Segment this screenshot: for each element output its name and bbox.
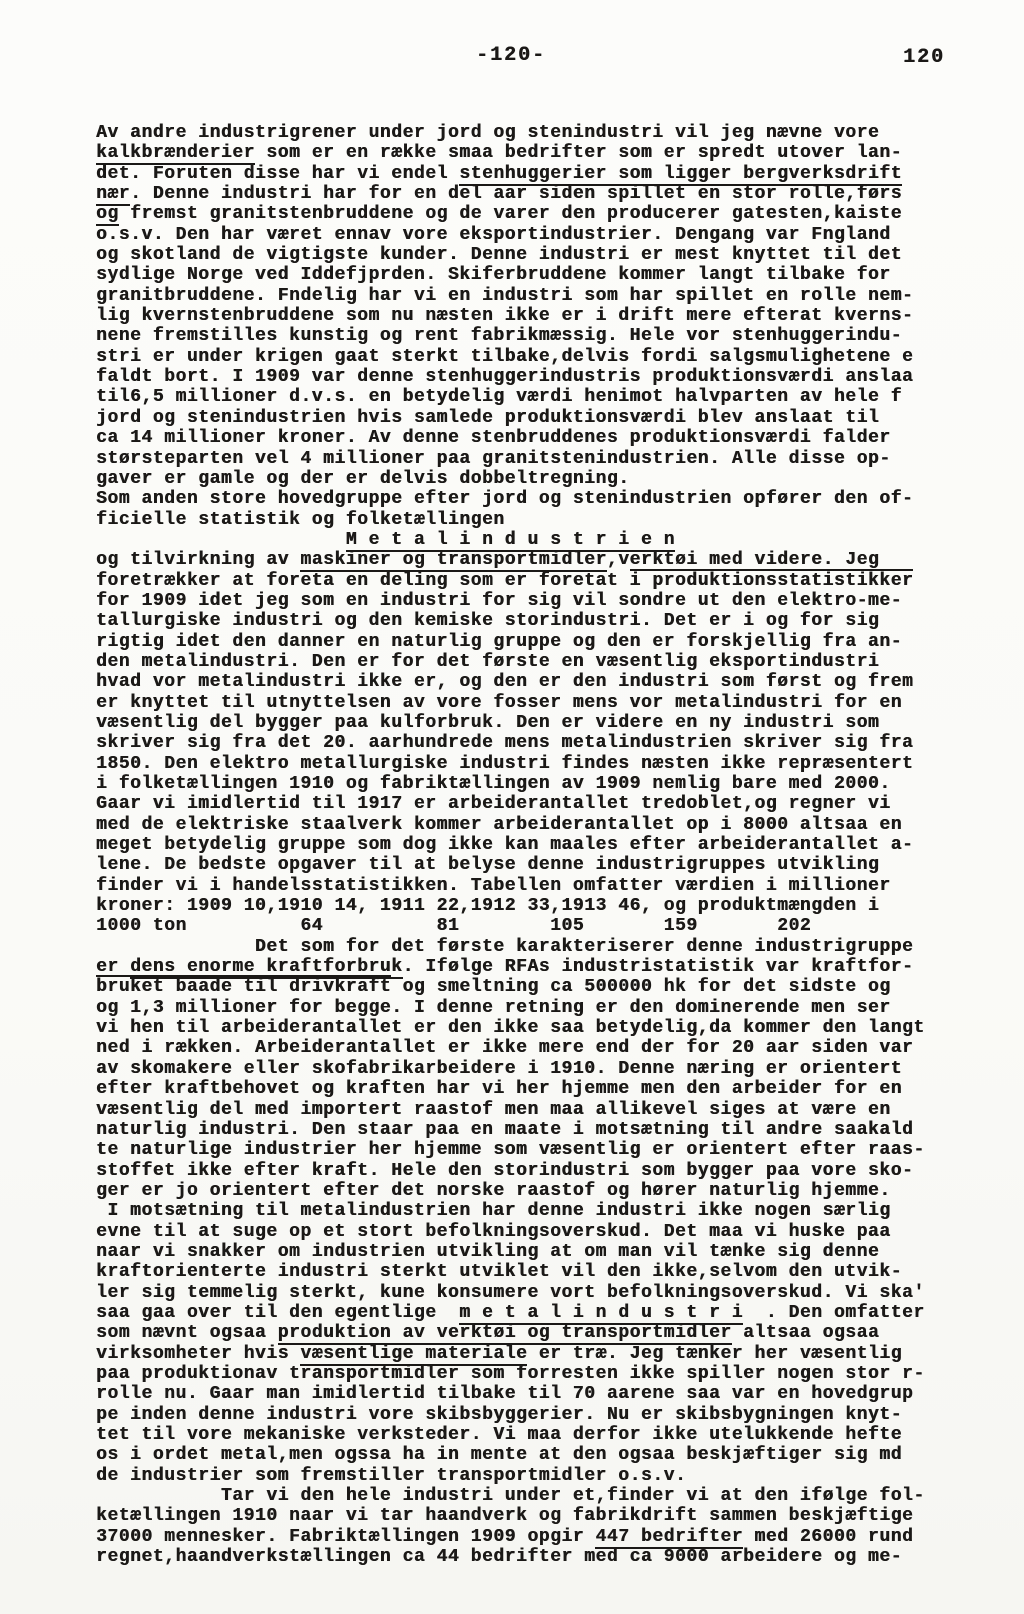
underlined-phrase: 447 bedrifter: [595, 1527, 743, 1549]
text-line: størsteparten vel 4 millioner paa granit…: [96, 449, 1006, 469]
text-line: og skotland de vigtigste kunder. Denne i…: [96, 245, 1006, 265]
page-number-center: -120-: [476, 44, 546, 67]
text-line: ketællingen 1910 naar vi tar haandverk o…: [96, 1506, 1006, 1526]
underlined-phrase: produktion av verktøi og transportmidler: [278, 1323, 732, 1345]
underlined-phrase: M e t a l i n d u s t r i e n: [346, 530, 675, 552]
text-line: stoffet ikke efter kraft. Hele den stori…: [96, 1161, 1006, 1181]
text-line: det. Foruten disse har vi endel stenhugg…: [96, 164, 1006, 184]
text-line: 37000 mennesker. Fabriktællingen 1909 op…: [96, 1527, 1006, 1547]
text-line: Av andre industrigrener under jord og st…: [96, 123, 1006, 143]
underlined-phrase: maskiner og transportmidler: [300, 550, 607, 572]
text-line: er knyttet til utnyttelsen av vore fosse…: [96, 693, 1006, 713]
text-line: tet til vore mekaniske verksteder. Vi ma…: [96, 1425, 1006, 1445]
text-line: lig kvernstenbruddene som nu næsten ikke…: [96, 306, 1006, 326]
underlined-phrase: væsentlige materiale: [300, 1344, 527, 1366]
text-line: for 1909 idet jeg som en industri for si…: [96, 591, 1006, 611]
text-line: foretrækker at foreta en deling som er f…: [96, 571, 1006, 591]
text-line: ca 14 millioner kroner. Av denne stenbru…: [96, 428, 1006, 448]
text-line: ler sig temmelig sterkt, kune konsumere …: [96, 1283, 1006, 1303]
underlined-phrase: nær: [96, 184, 130, 206]
underlined-phrase: og: [96, 204, 119, 226]
text-line: I motsætning til metalindustrien har den…: [96, 1201, 1006, 1221]
text-line: paa produktionav transportmidler som for…: [96, 1364, 1006, 1384]
text-line: 1000 ton 64 81 105 159 202: [96, 916, 1006, 936]
text-line: Som anden store hovedgruppe efter jord o…: [96, 489, 1006, 509]
document-page: -120- 120 Av andre industrigrener under …: [0, 0, 1024, 1614]
text-line: finder vi i handelsstatistikken. Tabelle…: [96, 876, 1006, 896]
text-line: den metalindustri. Den er for det første…: [96, 652, 1006, 672]
text-line: kroner: 1909 10,1910 14, 1911 22,1912 33…: [96, 896, 1006, 916]
text-line: Gaar vi imidlertid til 1917 er arbeidera…: [96, 794, 1006, 814]
text-line: ficielle statistik og folketællingen: [96, 510, 1006, 530]
document-body: Av andre industrigrener under jord og st…: [96, 123, 1006, 1567]
text-line: gaver er gamle og der er delvis dobbeltr…: [96, 469, 1006, 489]
text-line: granitbruddene. Fndelig har vi en indust…: [96, 286, 1006, 306]
underlined-phrase: kalkbrænderier: [96, 143, 255, 165]
text-line: stri er under krigen gaat sterkt tilbake…: [96, 347, 1006, 367]
text-line: pe inden denne industri vore skibsbygger…: [96, 1405, 1006, 1425]
text-line: ger er jo orientert efter det norske raa…: [96, 1181, 1006, 1201]
text-line: 1850. Den elektro metallurgiske industri…: [96, 754, 1006, 774]
text-line: M e t a l i n d u s t r i e n: [96, 530, 1006, 550]
text-line: med de elektriske staalverk kommer arbei…: [96, 815, 1006, 835]
text-line: til6,5 millioner d.v.s. en betydelig vær…: [96, 387, 1006, 407]
text-line: efter kraftbehovet og kraften har vi her…: [96, 1079, 1006, 1099]
text-line: skriver sig fra det 20. aarhundrede mens…: [96, 733, 1006, 753]
overlined-phrase: bruket baade til drivkraft: [96, 975, 391, 997]
text-line: de industrier som fremstiller transportm…: [96, 1466, 1006, 1486]
text-line: bruket baade til drivkraft og smeltning …: [96, 977, 1006, 997]
text-line: rolle nu. Gaar man imidlertid tilbake ti…: [96, 1384, 1006, 1404]
text-line: os i ordet metal,men ogssa ha in mente a…: [96, 1445, 1006, 1465]
text-line: te naturlige industrier her hjemme som v…: [96, 1140, 1006, 1160]
text-line: tallurgiske industri og den kemiske stor…: [96, 611, 1006, 631]
text-line: naturlig industri. Den staar paa en maat…: [96, 1120, 1006, 1140]
text-line: og 1,3 millioner for begge. I denne retn…: [96, 998, 1006, 1018]
text-line: Det som for det første karakteriserer de…: [96, 937, 1006, 957]
text-line: nene fremstilles kunstig og rent fabrikm…: [96, 326, 1006, 346]
text-line: kraftorienterte industri sterkt utviklet…: [96, 1262, 1006, 1282]
text-line: er dens enorme kraftforbruk. Ifølge RFAs…: [96, 957, 1006, 977]
text-line: naar vi snakker om industrien utvikling …: [96, 1242, 1006, 1262]
text-line: som nævnt ogsaa produktion av verktøi og…: [96, 1323, 1006, 1343]
text-line: hvad vor metalindustri ikke er, og den e…: [96, 672, 1006, 692]
page-number-right: 120: [903, 46, 945, 69]
text-line: ned i rækken. Arbeiderantallet er ikke m…: [96, 1038, 1006, 1058]
text-line: virksomheter hvis væsentlige materiale e…: [96, 1344, 1006, 1364]
text-line: i folketællingen 1910 og fabriktællingen…: [96, 774, 1006, 794]
text-line: regnet,haandverkstællingen ca 44 bedrift…: [96, 1547, 1006, 1567]
text-line: sydlige Norge ved Iddefjprden. Skiferbru…: [96, 265, 1006, 285]
text-line: og fremst granitstenbruddene og de varer…: [96, 204, 1006, 224]
text-line: av skomakere eller skofabrikarbeidere i …: [96, 1059, 1006, 1079]
text-line: og tilvirkning av maskiner og transportm…: [96, 550, 1006, 570]
overlined-phrase: i produktionsstatistikker: [630, 569, 914, 591]
text-line: jord og stenindustrien hvis samlede prod…: [96, 408, 1006, 428]
text-line: Tar vi den hele industri under et,finder…: [96, 1486, 1006, 1506]
text-line: vi hen til arbeiderantallet er den ikke …: [96, 1018, 1006, 1038]
text-line: faldt bort. I 1909 var denne stenhuggeri…: [96, 367, 1006, 387]
text-line: lene. De bedste opgaver til at belyse de…: [96, 855, 1006, 875]
text-line: kalkbrænderier som er en række smaa bedr…: [96, 143, 1006, 163]
text-line: nær. Denne industri har for en del aar s…: [96, 184, 1006, 204]
underlined-phrase: m e t a l i n d u s t r i: [459, 1303, 743, 1325]
text-line: rigtig idet den danner en naturlig grupp…: [96, 632, 1006, 652]
text-line: saa gaa over til den egentlige m e t a l…: [96, 1303, 1006, 1323]
underlined-phrase: stenhuggerier som ligger bergverksdrift: [459, 164, 902, 186]
text-line: meget betydelig gruppe som dog ikke kan …: [96, 835, 1006, 855]
text-line: væsentlig del med importert raastof men …: [96, 1100, 1006, 1120]
text-line: væsentlig del bygger paa kulforbruk. Den…: [96, 713, 1006, 733]
text-line: evne til at suge op et stort befolknings…: [96, 1222, 1006, 1242]
text-line: o.s.v. Den har været ennav vore eksporti…: [96, 225, 1006, 245]
